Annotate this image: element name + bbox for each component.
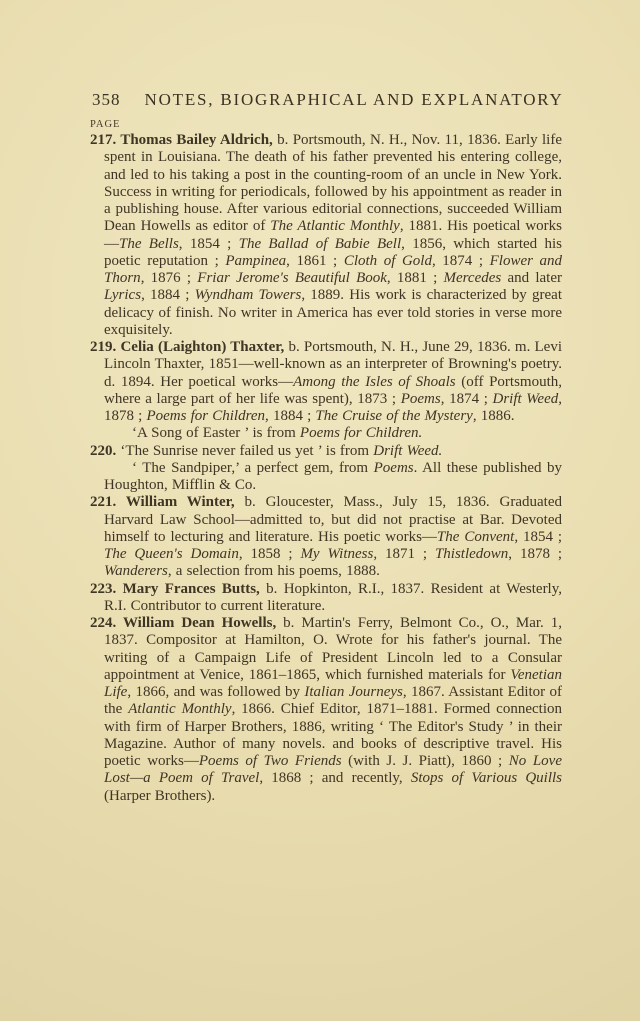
entry-text-segment: Poems for Children. [300,425,422,441]
running-header: 358 NOTES, BIOGRAPHICAL AND EXPLANATORY [92,90,562,110]
entry-number: 219. [90,339,120,355]
entry-text-segment: ‘The Sunrise never failed us yet ’ is fr… [120,443,373,459]
entry-text-segment: Poems [374,460,414,476]
entry-note-paragraph: ‘A Song of Easter ’ is from Poems for Ch… [90,425,562,442]
entry-text-segment: , 1874 ; [432,253,490,269]
page-number: 358 [92,90,121,110]
entry-paragraph: 221. William Winter, b. Gloucester, Mass… [90,494,562,580]
entries: 217. Thomas Bailey Aldrich, b. Portsmout… [90,132,562,805]
entry-number: 220. [90,443,120,459]
entry-text-segment: The Atlantic Monthly [270,218,400,234]
entry-paragraph: 224. William Dean Howells, b. Martin's F… [90,615,562,805]
entry-text-segment: The Convent [437,529,514,545]
entry-text-segment: My Witness [300,546,373,562]
entry-number: 224. [90,615,123,631]
entry-text-segment: , 1886. [473,408,515,424]
entry-text-segment: Stops of Various Quills [411,770,562,786]
entry-text-segment: , 1884 ; [141,287,195,303]
entry-text-segment: Wyndham Towers [195,287,302,303]
entry-text-segment: , 1876 ; [141,270,198,286]
entry-paragraph: 217. Thomas Bailey Aldrich, b. Portsmout… [90,132,562,339]
entry-text-segment: , a selection from his poems, 1888. [168,563,380,579]
entry-text-segment: The Bells [119,236,179,252]
entry-number: 221. [90,494,126,510]
entry-text-segment: , 1878 ; [508,546,562,562]
entry-text-segment: Italian Journeys [304,684,403,700]
entry-text-segment: Poems of Two Friends [199,753,342,769]
entry-text-segment: Lyrics [104,287,141,303]
entry-note-paragraph: ‘ The Sandpiper,’ a perfect gem, from Po… [90,460,562,495]
entry-number: 217. [90,132,120,148]
page-label: PAGE [90,119,562,130]
entry-text-segment: Atlantic Monthly [128,701,231,717]
entry-text-segment: Friar Jerome's Beautiful Book [197,270,387,286]
entry-text-segment: The Queen's Domain [104,546,239,562]
entry-text-segment: and later [501,270,562,286]
entry-text-segment: , 1868 ; and recently, [259,770,410,786]
entry-number: 223. [90,581,123,597]
entry-text-segment: William Winter, [126,494,235,510]
entry-text-segment: Thomas Bailey Aldrich, [120,132,272,148]
entry-text-segment: Cloth of Gold [344,253,432,269]
entry-text-segment: William Dean Howells, [123,615,276,631]
entry-text-segment: (with J. J. Piatt), 1860 ; [342,753,509,769]
running-header-title: NOTES, BIOGRAPHICAL AND EXPLANATORY [145,90,564,110]
entry-text-segment: , 1854 ; [179,236,239,252]
entry-text-segment: , 1866, and was followed by [127,684,304,700]
entry-text-segment: , 1874 ; [441,391,493,407]
entry-paragraph: 220. ‘The Sunrise never failed us yet ’ … [90,443,562,460]
entry-text-segment: , 1858 ; [239,546,301,562]
entry-text-segment: Poems [401,391,441,407]
entry-text-segment: Thistledown [435,546,508,562]
book-page: 358 NOTES, BIOGRAPHICAL AND EXPLANATORY … [0,0,640,1021]
entry-text-segment: , 1884 ; [265,408,315,424]
entry-text-segment: , 1861 ; [286,253,344,269]
entry-text-segment: (Harper Brothers). [104,788,215,804]
entry-text-segment: Pampinea [225,253,286,269]
entry-text-segment: Among the Isles of Shoals [293,374,455,390]
entry-text-segment: Drift Weed. [373,443,442,459]
entry-text-segment: Wanderers [104,563,168,579]
entry-paragraph: 223. Mary Frances Butts, b. Hopkinton, R… [90,581,562,616]
entry-paragraph: 219. Celia (Laighton) Thaxter, b. Portsm… [90,339,562,425]
entry-text-segment: , 1854 ; [514,529,562,545]
entry-text-segment: The Cruise of the Mystery [315,408,472,424]
entry-text-segment: ‘ The Sandpiper,’ a perfect gem, from [132,460,374,476]
entry-text-segment: Mercedes [444,270,502,286]
entry-text-segment: Mary Frances Butts, [123,581,260,597]
entry-text-segment: ‘A Song of Easter ’ is from [132,425,300,441]
entry-text-segment: , 1871 ; [373,546,435,562]
entry-text-segment: Celia (Laighton) Thaxter, [120,339,284,355]
entry-text-segment: Poems for Children [146,408,265,424]
entry-text-segment: The Ballad of Babie Bell [239,236,402,252]
entry-text-segment: , 1881 ; [387,270,444,286]
entry-text-segment: Drift Weed [493,391,559,407]
